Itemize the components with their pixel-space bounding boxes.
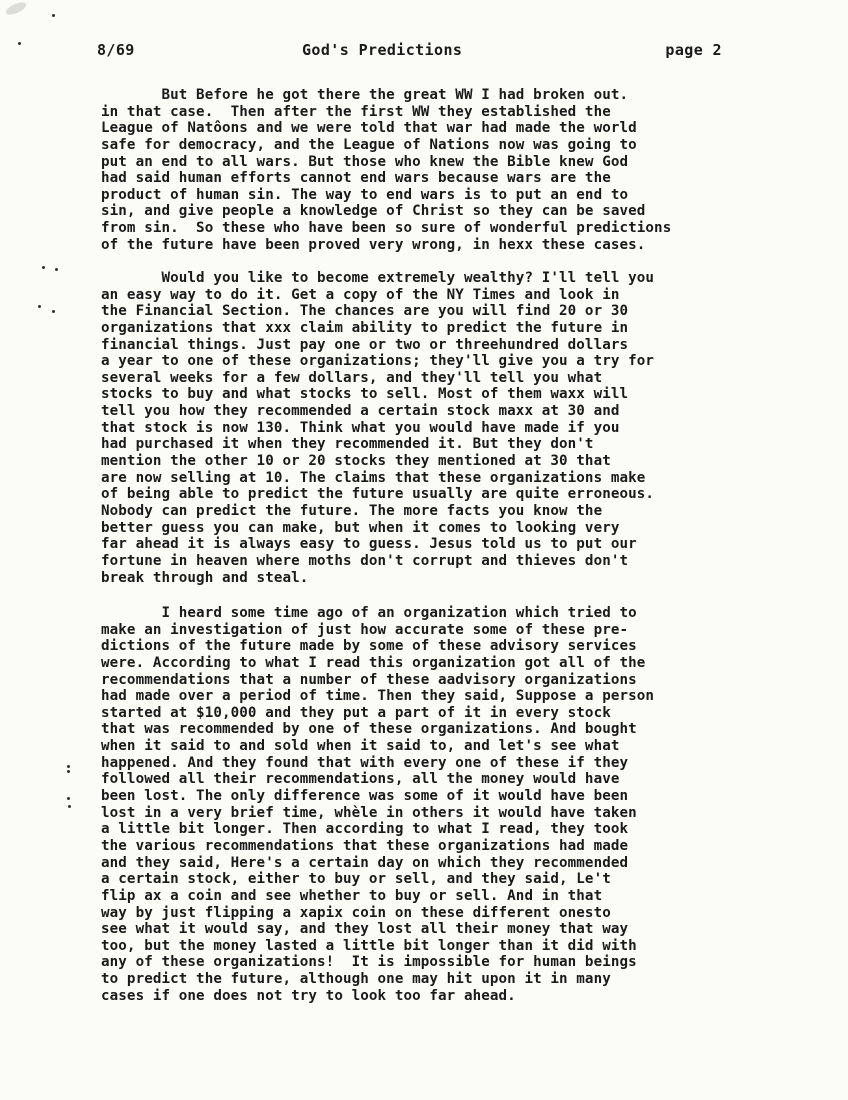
header-date: 8/69	[97, 41, 135, 59]
text-line: organizations that xxx claim ability to …	[101, 320, 801, 337]
text-line: see what it would say, and they lost all…	[101, 921, 801, 938]
scan-speck	[68, 805, 71, 808]
text-line: that was recommended by one of these org…	[101, 721, 801, 738]
text-line: safe for democracy, and the League of Na…	[101, 137, 801, 154]
text-line: had said human efforts cannot end wars b…	[101, 170, 801, 187]
text-line: tell you how they recommended a certain …	[101, 403, 801, 420]
text-line: the Financial Section. The chances are y…	[101, 303, 801, 320]
paragraph-investigation: I heard some time ago of an organization…	[101, 605, 801, 1004]
text-line: had made over a period of time. Then the…	[101, 688, 801, 705]
text-line: started at $10,000 and they put a part o…	[101, 705, 801, 722]
text-line: followed all their recommendations, all …	[101, 771, 801, 788]
text-line: that stock is now 130. Think what you wo…	[101, 420, 801, 437]
text-line: Nobody can predict the future. The more …	[101, 503, 801, 520]
text-line: far ahead it is always easy to guess. Je…	[101, 536, 801, 553]
scan-speck	[38, 305, 41, 308]
scan-speck	[18, 42, 21, 45]
header-title: God's Predictions	[302, 41, 462, 59]
text-line: But Before he got there the great WW I h…	[101, 87, 801, 104]
scan-speck	[67, 797, 70, 800]
text-line: lost in a very brief time, whèle in othe…	[101, 805, 801, 822]
scan-speck	[52, 14, 55, 17]
text-line: way by just flipping a xapix coin on the…	[101, 905, 801, 922]
text-line: an easy way to do it. Get a copy of the …	[101, 287, 801, 304]
text-line: break through and steal.	[101, 570, 801, 587]
text-line: of being able to predict the future usua…	[101, 486, 801, 503]
text-line: fortune in heaven where moths don't corr…	[101, 553, 801, 570]
text-line: been lost. The only difference was some …	[101, 788, 801, 805]
text-line: when it said to and sold when it said to…	[101, 738, 801, 755]
text-line: make an investigation of just how accura…	[101, 622, 801, 639]
header-page-number: page 2	[665, 41, 722, 59]
text-line: the various recommendations that these o…	[101, 838, 801, 855]
text-line: recommendations that a number of these a…	[101, 672, 801, 689]
text-line: Would you like to become extremely wealt…	[101, 270, 801, 287]
scan-speck	[52, 310, 55, 313]
text-line: cases if one does not try to look too fa…	[101, 988, 801, 1005]
text-line: a little bit longer. Then according to w…	[101, 821, 801, 838]
page-header: 8/69 God's Predictions page 2	[97, 41, 722, 63]
text-line: sin, and give people a knowledge of Chri…	[101, 203, 801, 220]
text-line: are now selling at 10. The claims that t…	[101, 470, 801, 487]
scan-speck	[55, 268, 58, 271]
paragraph-wealth: Would you like to become extremely wealt…	[101, 270, 801, 586]
text-line: of the future have been proved very wron…	[101, 237, 801, 254]
text-line: and they said, Here's a certain day on w…	[101, 855, 801, 872]
text-line: flip ax a coin and see whether to buy or…	[101, 888, 801, 905]
text-line: I heard some time ago of an organization…	[101, 605, 801, 622]
scan-speck	[67, 770, 70, 773]
text-line: League of Natôons and we were told that …	[101, 120, 801, 137]
text-line: better guess you can make, but when it c…	[101, 520, 801, 537]
text-line: were. According to what I read this orga…	[101, 655, 801, 672]
text-line: any of these organizations! It is imposs…	[101, 954, 801, 971]
text-line: product of human sin. The way to end war…	[101, 187, 801, 204]
text-line: financial things. Just pay one or two or…	[101, 337, 801, 354]
text-line: to predict the future, although one may …	[101, 971, 801, 988]
text-line: in that case. Then after the first WW th…	[101, 104, 801, 121]
text-line: too, but the money lasted a little bit l…	[101, 938, 801, 955]
text-line: several weeks for a few dollars, and the…	[101, 370, 801, 387]
text-line: stocks to buy and what stocks to sell. M…	[101, 386, 801, 403]
text-line: happened. And they found that with every…	[101, 755, 801, 772]
text-line: put an end to all wars. But those who kn…	[101, 154, 801, 171]
scan-smudge	[4, 0, 28, 17]
scan-speck	[67, 765, 70, 768]
text-line: mention the other 10 or 20 stocks they m…	[101, 453, 801, 470]
text-line: dictions of the future made by some of t…	[101, 638, 801, 655]
text-line: had purchased it when they recommended i…	[101, 436, 801, 453]
text-line: from sin. So these who have been so sure…	[101, 220, 801, 237]
scan-speck	[42, 266, 45, 269]
text-line: a year to one of these organizations; th…	[101, 353, 801, 370]
paragraph-wars: But Before he got there the great WW I h…	[101, 87, 801, 253]
text-line: a certain stock, either to buy or sell, …	[101, 871, 801, 888]
